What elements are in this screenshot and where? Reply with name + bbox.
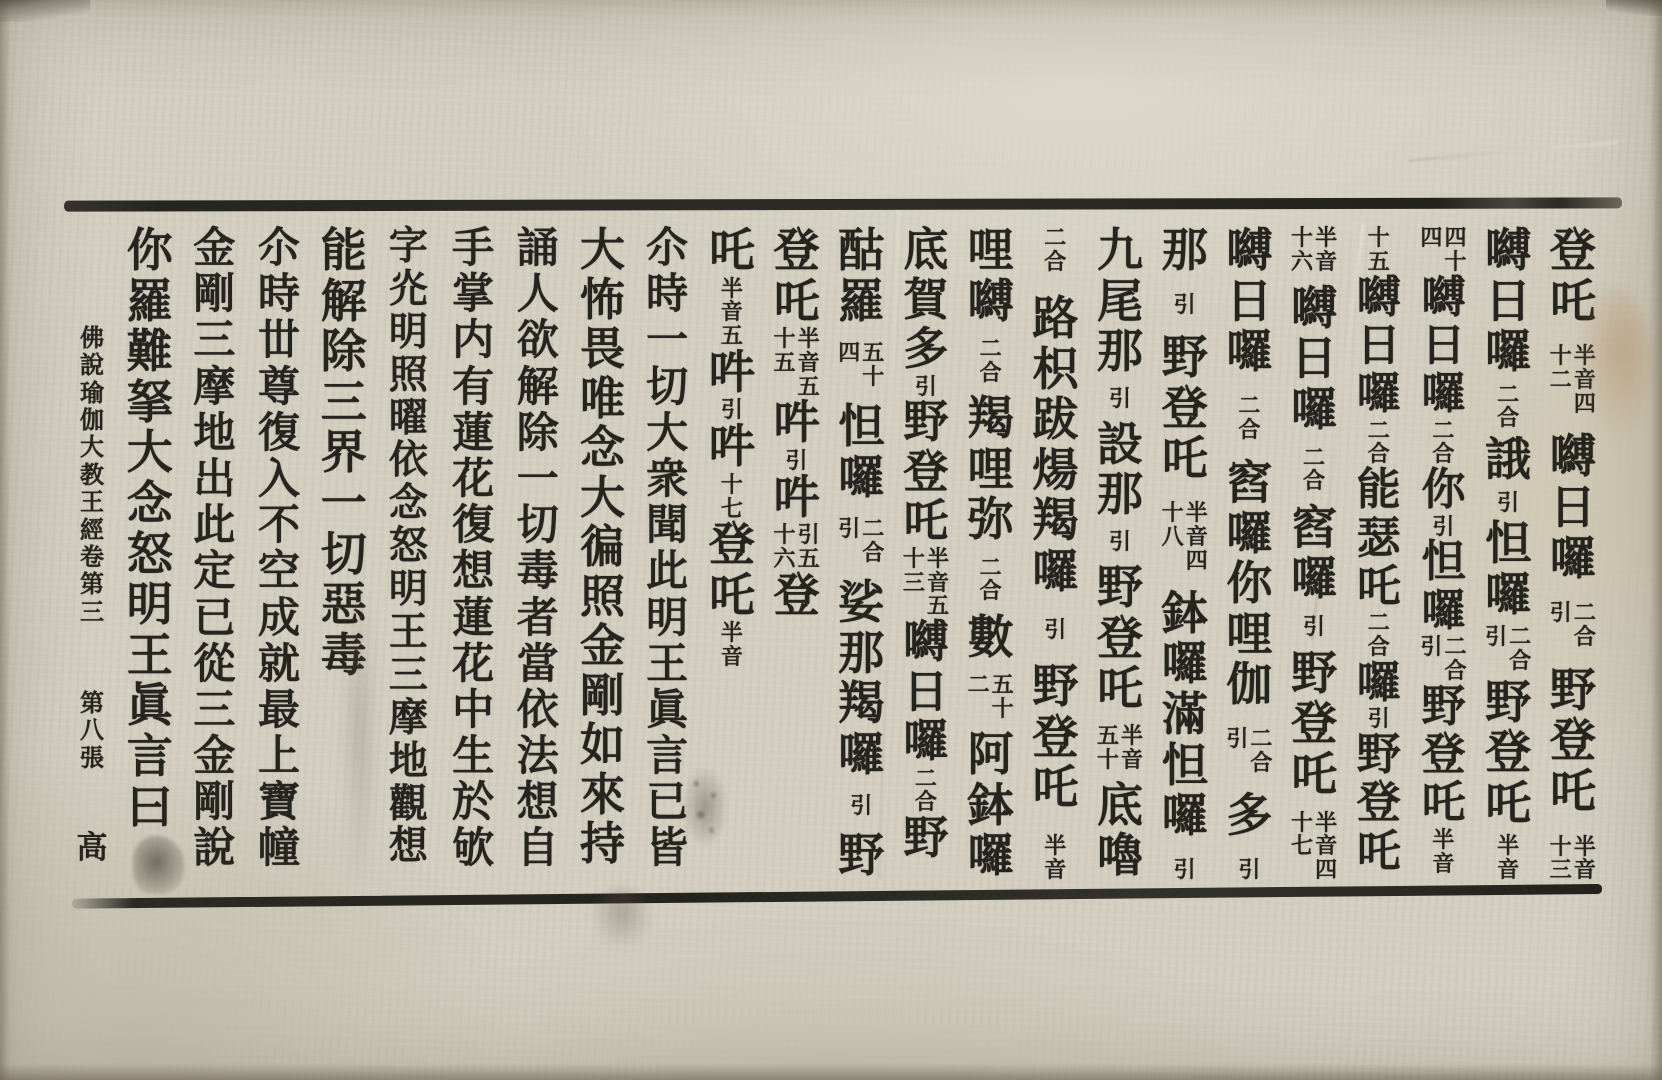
glyph: 路 [1032,294,1078,345]
glyph: 你 [1226,559,1272,610]
annotation-subcolumn: 二合 [1497,383,1519,431]
annotation-glyph: 引 [850,794,872,818]
glyph: 滿 [1162,690,1208,741]
annotation-glyph: 十 [1291,811,1313,835]
annotation-glyph: 引 [1303,615,1325,639]
glyph-run: 野登吒 [903,398,948,547]
glyph-run: 登吒 [774,226,820,327]
glyph: 伽 [1226,660,1272,711]
annotation-group: 半音五十 [1097,724,1143,772]
glyph: 曰 [127,783,173,834]
text-column-20: 能解除三界一切惡毒 [315,226,373,882]
glyph: 囉 [968,831,1014,882]
glyph: 多 [1226,791,1272,842]
glyph: 字 [389,226,428,269]
glyph: 念 [127,479,173,530]
annotation-subcolumn: 引 [1497,491,1519,515]
annotation-glyph: 十 [1291,226,1313,250]
glyph-run: 嚩日囉 [1226,226,1272,378]
glyph: 毒 [321,631,367,682]
annotation-glyph: 四 [1315,858,1337,882]
annotation-glyph: 合 [1574,625,1596,649]
glyph: 復 [258,411,300,457]
annotation-group: 半音 [1044,834,1066,882]
annotation-group: 二合 [1368,611,1390,659]
annotation-subcolumn: 引 [1109,530,1131,554]
glyph-run: 尒時一切大衆聞此明王眞言已皆 [646,226,688,873]
glyph: 眞 [127,681,173,732]
annotation-subcolumn: 引 [1044,618,1066,642]
glyph-run: 底嚕 [1097,781,1143,882]
annotation-subcolumn: 引 [1432,515,1454,539]
glyph: 野 [1421,683,1465,731]
annotation-glyph: 音 [1186,525,1208,549]
glyph: 登 [903,448,948,498]
annotation-glyph: 引 [838,517,860,541]
annotation-group: 半音十六 [1291,226,1337,274]
glyph: 吒 [1550,277,1596,328]
glyph-run: 嚩日囉 [903,618,948,767]
glyph: 囉 [903,717,948,767]
glyph: 吒 [1097,664,1143,715]
glyph: 羯 [968,394,1014,445]
annotation-subcolumn: 半音四 [1186,501,1208,572]
annotation-glyph: 半 [721,621,743,645]
glyph: 大 [580,226,625,276]
glyph: 剛 [193,780,235,826]
glyph: 野 [1485,678,1531,729]
glyph: 嚩 [903,618,948,668]
glyph: 欲 [517,318,559,364]
glyph-run: 九尾那 [1097,226,1143,378]
annotation-glyph: 引 [1497,491,1519,515]
annotation-glyph: 合 [915,790,937,814]
glyph: 復 [452,503,494,549]
glyph-run: 尒時丗尊復入不空成就最上寶幢 [258,226,300,873]
glyph-run: 那 [1162,226,1208,277]
glyph-run: 野登吒 [1550,666,1596,818]
glyph: 生 [452,734,494,780]
glyph: 登 [774,571,820,622]
glyph: 灮 [389,269,428,312]
annotation-subcolumn: 二合 [1250,727,1272,775]
glyph: 明 [389,569,428,612]
glyph: 日 [1421,322,1465,370]
glyph-run: 囉 [1357,659,1401,707]
glyph-run: 佛說瑜伽大教王經卷第三 [80,326,104,627]
glyph: 來 [580,771,625,821]
annotation-glyph: 半 [798,327,820,351]
glyph: 囉 [1291,554,1337,605]
glyph: 明 [127,580,173,631]
annotation-subcolumn: 半音五 [927,547,949,618]
glyph: 金 [193,734,235,780]
glyph: 王 [646,642,688,688]
annotation-subcolumn: 半音 [721,621,743,669]
annotation-subcolumn: 半音 [1432,828,1454,876]
glyph: 跋 [1032,395,1078,446]
annotation-glyph: 二 [1238,394,1260,418]
annotation-glyph: 音 [1315,834,1337,858]
glyph: 張 [80,746,104,773]
glyph: 空 [258,549,300,595]
annotation-subcolumn: 引 [1174,293,1196,317]
glyph: 皆 [646,826,688,872]
annotation-glyph: 七 [1291,834,1313,858]
glyph: 尒 [258,226,300,272]
paper-crease [180,927,480,935]
annotation-glyph: 音 [721,300,743,324]
glyph: 剛 [193,272,235,318]
annotation-glyph: 二 [980,337,1002,361]
glyph: 三 [80,600,104,627]
glyph-run: 嚩日囉 [1485,226,1531,378]
glyph: 日 [1226,277,1272,328]
glyph: 大 [80,435,104,462]
glyph: 王 [389,612,428,655]
annotation-subcolumn: 十六 [774,523,796,571]
glyph: 野 [903,398,948,448]
glyph: 登 [774,226,820,277]
glyph: 依 [389,440,428,483]
glyph: 鉢 [968,781,1014,832]
annotation-glyph: 半 [1315,226,1337,250]
glyph: 出 [193,457,235,503]
glyph: 言 [127,732,173,783]
annotation-subcolumn: 二合 [1368,611,1390,659]
glyph: 怛 [1421,538,1465,586]
annotation-glyph: 音 [721,645,743,669]
annotation-subcolumn: 二合 [1574,601,1596,649]
annotation-group: 引 [1432,515,1454,539]
annotation-subcolumn: 引 [915,375,937,399]
annotation-group: 二合 [1368,419,1390,467]
annotation-glyph: 合 [1497,406,1519,430]
annotation-glyph: 半 [1432,828,1454,852]
text-column-8: 九尾那引設那引野登吒半音五十底嚕 [1091,226,1149,882]
annotation-group: 二合 [915,767,937,815]
annotation-group: 半音五十五 [774,327,820,398]
glyph-run: 能瑟吒 [1357,466,1401,611]
glyph: 囉 [1550,534,1596,585]
annotation-group: 二合引 [1485,625,1531,673]
glyph-run: 娑那羯囉 [838,578,884,780]
annotation-glyph: 引 [1432,515,1454,539]
glyph: 切 [517,503,559,549]
glyph: 念 [389,483,428,526]
glyph: 哩 [968,445,1014,496]
annotation-glyph: 音 [1497,858,1519,882]
annotation-glyph: 十 [774,327,796,351]
glyph: 囉 [1226,509,1272,560]
glyph-run: 手掌内有蓮花復想蓮花中生於欨 [452,226,494,873]
annotation-subcolumn: 引 [1420,635,1442,683]
annotation-glyph: 八 [1162,525,1184,549]
glyph-run: 野登吒 [1097,563,1143,715]
text-frame-top-rule [64,197,1622,211]
annotation-subcolumn: 二合 [980,337,1002,385]
glyph-run: 字灮明照曜依念怒明王三摩地觀想 [389,226,428,869]
glyph: 那 [838,629,884,680]
glyph-run: 數 [968,613,1014,664]
glyph: 囉 [1421,587,1465,635]
glyph: 囉 [1485,327,1531,378]
glyph: 幢 [258,826,300,872]
glyph: 怛 [1485,519,1531,570]
annotation-glyph: 五 [721,324,743,348]
annotation-glyph: 十 [1368,226,1390,250]
text-column-17: 誦人欲解除一切毒者當依法想自 [509,226,567,882]
paper-edge-shadow-right [1650,0,1662,1080]
annotation-glyph: 五 [774,351,796,375]
annotation-subcolumn: 引 [1226,727,1248,775]
glyph: 持 [580,820,625,870]
glyph: 嚩 [1550,432,1596,483]
glyph: 三 [321,378,367,429]
glyph: 登 [1421,731,1465,779]
glyph: 掌 [452,272,494,318]
annotation-glyph: 十 [774,523,796,547]
glyph-run: 吒 [709,226,755,277]
annotation-group: 引 [1174,293,1196,317]
annotation-group: 半音四十二 [1550,344,1596,415]
glyph-run: 路枳跋煬羯囉 [1032,294,1078,598]
annotation-subcolumn: 引 [838,517,860,565]
glyph: 解 [517,365,559,411]
glyph-run: 哩嚩 [968,226,1014,327]
glyph: 從 [193,642,235,688]
glyph: 登 [1097,614,1143,665]
annotation-glyph: 半 [1315,811,1337,835]
glyph: 野 [903,814,948,864]
annotation-glyph: 音 [1121,748,1143,772]
annotation-glyph: 合 [1238,418,1260,442]
annotation-subcolumn: 二合 [1509,625,1531,673]
glyph: 此 [646,549,688,595]
annotation-glyph: 二 [1497,383,1519,407]
glyph: 一 [646,318,688,364]
glyph: 吽 [774,473,820,524]
glyph: 吽 [709,422,755,473]
annotation-subcolumn: 半音 [1121,724,1143,772]
annotation-group: 引五十六 [774,523,820,571]
annotation-glyph: 二 [1250,727,1272,751]
annotation-glyph: 引 [1485,625,1507,649]
glyph: 弥 [968,495,1014,546]
glyph: 娑 [838,578,884,629]
glyph: 羯 [1032,496,1078,547]
glyph: 登 [1485,728,1531,779]
annotation-glyph: 引 [721,398,743,422]
glyph-run: 鉢囉滿怛囉 [1162,589,1208,842]
glyph: 你 [1421,466,1465,514]
text-frame-bottom-rule [72,884,1602,909]
glyph: 此 [193,503,235,549]
annotation-subcolumn: 十五 [774,327,796,398]
glyph: 吒 [1550,767,1596,818]
annotation-glyph: 七 [721,497,743,521]
text-column-11: 底賀多引野登吒半音五十三嚩日囉二合野 [897,226,955,882]
glyph: 三 [193,688,235,734]
glyph: 囉 [1485,570,1531,621]
text-column-3: 四十四嚩日囉二合你引怛囉二合引野登吒半音 [1414,226,1472,882]
glyph: 羅 [127,277,173,328]
paper-edge-shadow-bottom [0,1064,1662,1080]
glyph: 三 [389,655,428,698]
annotation-glyph: 十 [992,697,1014,721]
glyph: 底 [1097,781,1143,832]
annotation-glyph: 二 [980,556,1002,580]
glyph: 吽 [774,398,820,449]
annotation-group: 二合 [980,337,1002,385]
annotation-group: 引 [786,449,808,473]
glyph: 囉 [838,730,884,781]
glyph-run: 野登吒 [1357,731,1401,876]
annotation-subcolumn: 二合 [1432,419,1454,467]
annotation-subcolumn: 十六 [1291,226,1313,274]
glyph: 登 [1550,226,1596,277]
glyph: 時 [646,272,688,318]
glyph: 瑟 [1357,515,1401,563]
annotation-group: 引 [721,398,743,422]
annotation-glyph: 二 [1303,446,1325,470]
glyph: 吒 [903,497,948,547]
glyph: 花 [452,457,494,503]
glyph: 已 [193,596,235,642]
glyph: 想 [452,549,494,595]
glyph: 除 [517,411,559,457]
glyph: 尾 [1097,277,1143,328]
paper-crease [1408,141,1617,162]
annotation-glyph: 半 [1186,501,1208,525]
glyph: 衆 [646,457,688,503]
glyph-run: 設那 [1097,420,1143,521]
annotation-glyph: 引 [1109,530,1131,554]
glyph-run: 吽 [709,348,755,399]
annotation-glyph: 合 [1368,635,1390,659]
annotation-glyph: 五 [862,341,884,365]
glyph: 摩 [389,698,428,741]
scanned-sutra-page: 登吒半音四十二嚩日囉二合引野登吒半音十三嚩日囉二合誐引怛囉二合引野登吒半音四十四… [0,0,1662,1080]
annotation-glyph: 三 [903,571,925,595]
glyph: 鉢 [1162,589,1208,640]
glyph-run: 第八張 [80,691,104,773]
glyph: 想 [389,826,428,869]
annotation-group: 二合引 [1420,635,1466,683]
annotation-glyph: 合 [862,541,884,565]
glyph: 登 [1032,713,1078,764]
glyph: 解 [321,277,367,328]
annotation-subcolumn: 二合 [980,556,1002,604]
annotation-glyph: 六 [1291,250,1313,274]
annotation-glyph: 十 [862,365,884,389]
annotation-subcolumn: 半音 [1574,835,1596,883]
glyph: 囉 [1357,370,1401,418]
annotation-glyph: 半 [721,277,743,301]
annotation-subcolumn: 引 [721,398,743,422]
glyph: 能 [1357,466,1401,514]
annotation-group: 二合 [1044,226,1066,274]
glyph: 登 [709,520,755,571]
annotation-group: 引 [1368,707,1390,731]
glyph: 界 [321,428,367,479]
annotation-glyph: 合 [1509,649,1531,673]
glyph: 佛 [80,326,104,353]
glyph: 不 [258,503,300,549]
glyph: 依 [517,688,559,734]
glyph: 手 [452,226,494,272]
annotation-group: 引 [850,794,872,818]
text-column-4: 十五嚩日囉二合能瑟吒二合囉引野登吒 [1350,226,1408,882]
annotation-group: 引 [1238,858,1260,882]
glyph-run: 野登吒 [1162,333,1208,485]
paper-corner-shadow-top-left [0,0,90,22]
glyph-run: 野登吒 [1291,649,1337,801]
glyph: 那 [1162,226,1208,277]
annotation-subcolumn: 半音五 [721,277,743,348]
annotation-glyph: 五 [992,673,1014,697]
glyph-run: 能解除三界一切惡毒 [321,226,367,681]
text-column-2: 嚩日囉二合誐引怛囉二合引野登吒半音 [1479,226,1537,882]
annotation-glyph: 引 [1420,635,1442,659]
glyph-run: 嚩日囉 [1421,274,1465,419]
glyph-run: 野 [903,814,948,864]
glyph: 日 [1550,483,1596,534]
annotation-glyph: 半 [1574,835,1596,859]
glyph: 怒 [127,530,173,581]
annotation-glyph: 引 [1044,618,1066,642]
glyph: 你 [127,226,173,277]
annotation-group: 二合引 [1550,601,1596,649]
glyph: 曜 [389,398,428,441]
text-column-16: 大怖畏唯念大徧照金剛如來持 [574,226,632,882]
annotation-glyph: 十 [1444,250,1466,274]
glyph: 枳 [1032,345,1078,396]
text-column-24: 佛說瑜伽大教王經卷第三第八張高 [70,226,114,882]
annotation-group: 半音 [721,621,743,669]
text-column-14: 吒半音五吽引吽十七登吒半音 [703,226,761,882]
annotation-group: 引 [1174,858,1196,882]
annotation-subcolumn: 半音四 [1315,811,1337,882]
annotation-subcolumn: 十三 [1550,835,1572,883]
glyph: 言 [646,734,688,780]
annotation-subcolumn: 二 [968,673,990,721]
glyph: 尒 [646,226,688,272]
glyph: 阿 [968,730,1014,781]
annotation-glyph: 合 [1303,469,1325,493]
glyph: 畏 [580,325,625,375]
annotation-glyph: 引 [1550,601,1572,625]
glyph-run: 登 [774,571,820,622]
glyph: 登 [1162,384,1208,435]
annotation-glyph: 音 [798,351,820,375]
annotation-subcolumn: 引 [1485,625,1507,673]
glyph: 入 [258,457,300,503]
annotation-glyph: 合 [1044,250,1066,274]
glyph-run: 吽 [709,422,755,473]
glyph-run: 大怖畏唯念大徧照金剛如來持 [580,226,625,870]
glyph-run: 你羅難拏大念怒明王眞言曰 [127,226,173,833]
annotation-subcolumn: 二合 [1444,635,1466,683]
annotation-subcolumn: 引 [786,449,808,473]
glyph: 吒 [1162,434,1208,485]
glyph-run: 嚩日囉 [1550,432,1596,584]
annotation-subcolumn: 半音四 [1574,344,1596,415]
glyph: 大 [580,474,625,524]
glyph-run: 你 [1421,466,1465,514]
annotation-group: 十七 [721,473,743,521]
annotation-subcolumn: 四十 [1444,226,1466,274]
